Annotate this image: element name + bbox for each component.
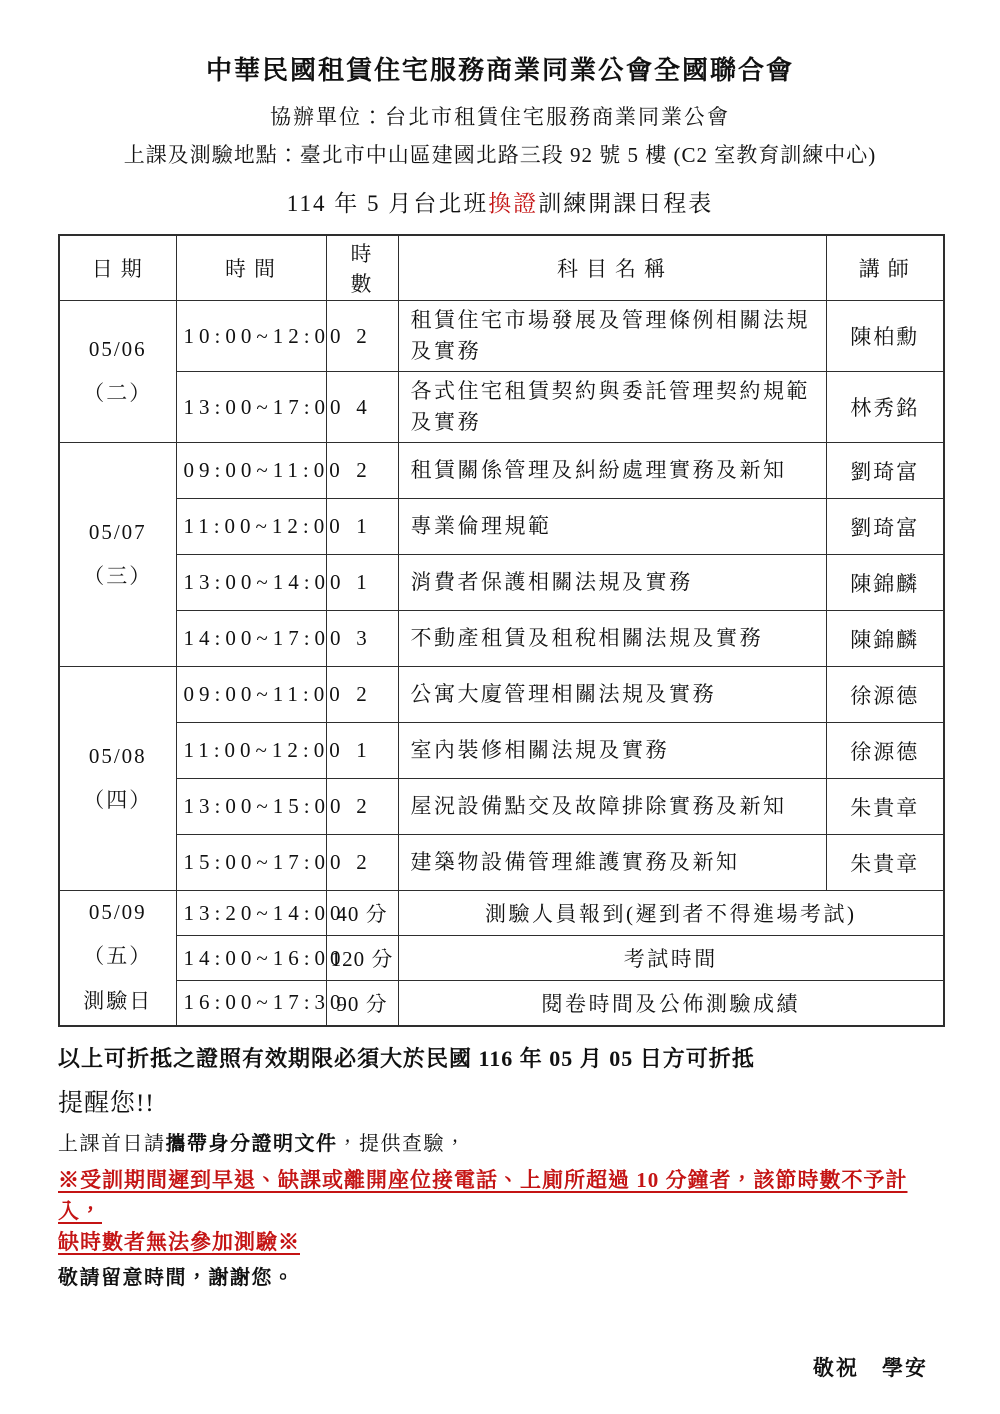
- date-value: 05/06: [89, 337, 147, 362]
- subject-cell: 專業倫理規範: [398, 499, 826, 555]
- subject-cell: 室內裝修相關法規及實務: [398, 723, 826, 779]
- date-label-exam-day: 測驗日: [83, 985, 152, 1015]
- date-cell: 05/09 （五） 測驗日: [59, 891, 176, 1026]
- time-cell: 11:00~12:00: [176, 499, 326, 555]
- exam-activity-cell: 考試時間: [398, 936, 944, 981]
- hours-cell: 120 分: [326, 936, 398, 981]
- id-document-note: 上課首日請攜帶身分證明文件，提供查驗，: [58, 1130, 942, 1158]
- time-cell: 13:00~14:00: [176, 555, 326, 611]
- schedule-table: 日期 時間 時數 科目名稱 講師 05/06 （二） 10:00~12:00 2…: [58, 234, 945, 1027]
- table-row: 14:00~17:00 3 不動產租賃及租稅相關法規及實務 陳錦麟: [59, 611, 944, 667]
- table-row: 05/07 （三） 09:00~11:00 2 租賃關係管理及糾紛處理實務及新知…: [59, 443, 944, 499]
- time-cell: 13:00~17:00: [176, 372, 326, 443]
- date-cell: 05/07 （三）: [59, 443, 176, 667]
- subject-cell: 租賃關係管理及糾紛處理實務及新知: [398, 443, 826, 499]
- notes-section: 以上可折抵之證照有效期限必須大於民國 116 年 05 月 05 日方可折抵 提…: [58, 1044, 942, 1383]
- time-cell: 09:00~11:00: [176, 667, 326, 723]
- id-note-suffix: ，提供查驗，: [338, 1133, 467, 1155]
- id-note-prefix: 上課首日請: [58, 1133, 166, 1155]
- instructor-cell: 陳錦麟: [826, 611, 944, 667]
- time-cell: 15:00~17:00: [176, 835, 326, 891]
- date-stack: 05/06 （二）: [64, 337, 172, 407]
- table-row: 13:00~14:00 1 消費者保護相關法規及實務 陳錦麟: [59, 555, 944, 611]
- date-weekday: （三）: [83, 560, 152, 590]
- attendance-warning: ※受訓期間遲到早退、缺課或離開座位接電話、上廁所超過 10 分鐘者，該節時數不予…: [58, 1165, 942, 1258]
- subject-cell: 租賃住宅市場發展及管理條例相關法規及實務: [398, 301, 826, 372]
- date-stack: 05/09 （五） 測驗日: [64, 900, 172, 1015]
- attention-note: 敬請留意時間，謝謝您。: [58, 1264, 942, 1293]
- subject-cell: 屋況設備點交及故障排除實務及新知: [398, 779, 826, 835]
- time-cell: 09:00~11:00: [176, 443, 326, 499]
- id-note-bold: 攜帶身分證明文件: [166, 1133, 338, 1155]
- subject-cell: 公寓大廈管理相關法規及實務: [398, 667, 826, 723]
- table-row: 13:00~15:00 2 屋況設備點交及故障排除實務及新知 朱貴章: [59, 779, 944, 835]
- attendance-warning-line-1: ※受訓期間遲到早退、缺課或離開座位接電話、上廁所超過 10 分鐘者，該節時數不予…: [58, 1165, 942, 1227]
- date-weekday: （四）: [83, 784, 152, 814]
- instructor-cell: 劉琦富: [826, 499, 944, 555]
- col-header-hours: 時數: [326, 235, 398, 301]
- table-row: 15:00~17:00 2 建築物設備管理維護實務及新知 朱貴章: [59, 835, 944, 891]
- table-row: 14:00~16:00 120 分 考試時間: [59, 936, 944, 981]
- time-cell: 11:00~12:00: [176, 723, 326, 779]
- col-header-date: 日期: [59, 235, 176, 301]
- hours-cell: 40 分: [326, 891, 398, 936]
- schedule-title-highlight: 換證: [488, 191, 538, 216]
- attendance-warning-line-2: 缺時數者無法參加測驗※: [58, 1227, 942, 1258]
- hours-cell: 90 分: [326, 981, 398, 1026]
- date-value: 05/08: [89, 744, 147, 769]
- schedule-title: 114 年 5 月台北班換證訓練開課日程表: [58, 188, 942, 220]
- table-row: 05/09 （五） 測驗日 13:20~14:00 40 分 測驗人員報到(遲到…: [59, 891, 944, 936]
- date-stack: 05/07 （三）: [64, 520, 172, 590]
- instructor-cell: 徐源德: [826, 667, 944, 723]
- instructor-cell: 陳柏勳: [826, 301, 944, 372]
- organization-title: 中華民國租賃住宅服務商業同業公會全國聯合會: [58, 54, 942, 88]
- validity-note: 以上可折抵之證照有效期限必須大於民國 116 年 05 月 05 日方可折抵: [58, 1044, 942, 1074]
- time-cell: 13:00~15:00: [176, 779, 326, 835]
- instructor-cell: 陳錦麟: [826, 555, 944, 611]
- table-row: 05/06 （二） 10:00~12:00 2 租賃住宅市場發展及管理條例相關法…: [59, 301, 944, 372]
- time-cell: 16:00~17:30: [176, 981, 326, 1026]
- time-cell: 14:00~16:00: [176, 936, 326, 981]
- subject-cell: 各式住宅租賃契約與委託管理契約規範及實務: [398, 372, 826, 443]
- table-row: 16:00~17:30 90 分 閱卷時間及公佈測驗成績: [59, 981, 944, 1026]
- table-row: 13:00~17:00 4 各式住宅租賃契約與委託管理契約規範及實務 林秀銘: [59, 372, 944, 443]
- closing-salutation: 敬祝 學安: [58, 1353, 942, 1383]
- co-organizer-line: 協辦單位：台北市租賃住宅服務商業同業公會: [58, 102, 942, 132]
- table-row: 11:00~12:00 1 專業倫理規範 劉琦富: [59, 499, 944, 555]
- time-cell: 13:20~14:00: [176, 891, 326, 936]
- document-page: 中華民國租賃住宅服務商業同業公會全國聯合會 協辦單位：台北市租賃住宅服務商業同業…: [0, 0, 1000, 1383]
- instructor-cell: 徐源德: [826, 723, 944, 779]
- instructor-cell: 朱貴章: [826, 835, 944, 891]
- reminder-title: 提醒您!!: [58, 1087, 942, 1121]
- date-weekday: （二）: [83, 377, 152, 407]
- time-cell: 10:00~12:00: [176, 301, 326, 372]
- table-row: 05/08 （四） 09:00~11:00 2 公寓大廈管理相關法規及實務 徐源…: [59, 667, 944, 723]
- date-weekday: （五）: [83, 940, 152, 970]
- date-cell: 05/06 （二）: [59, 301, 176, 443]
- schedule-title-prefix: 114 年 5 月台北班: [287, 191, 488, 216]
- venue-line: 上課及測驗地點：臺北市中山區建國北路三段 92 號 5 樓 (C2 室教育訓練中…: [58, 140, 942, 170]
- table-header-row: 日期 時間 時數 科目名稱 講師: [59, 235, 944, 301]
- date-value: 05/07: [89, 520, 147, 545]
- date-stack: 05/08 （四）: [64, 744, 172, 814]
- exam-activity-cell: 閱卷時間及公佈測驗成績: [398, 981, 944, 1026]
- subject-cell: 建築物設備管理維護實務及新知: [398, 835, 826, 891]
- col-header-instructor: 講師: [826, 235, 944, 301]
- table-row: 11:00~12:00 1 室內裝修相關法規及實務 徐源德: [59, 723, 944, 779]
- col-header-subject: 科目名稱: [398, 235, 826, 301]
- time-cell: 14:00~17:00: [176, 611, 326, 667]
- instructor-cell: 朱貴章: [826, 779, 944, 835]
- subject-cell: 不動產租賃及租稅相關法規及實務: [398, 611, 826, 667]
- date-value: 05/09: [89, 900, 147, 925]
- subject-cell: 消費者保護相關法規及實務: [398, 555, 826, 611]
- instructor-cell: 林秀銘: [826, 372, 944, 443]
- instructor-cell: 劉琦富: [826, 443, 944, 499]
- date-cell: 05/08 （四）: [59, 667, 176, 891]
- exam-activity-cell: 測驗人員報到(遲到者不得進場考試): [398, 891, 944, 936]
- col-header-time: 時間: [176, 235, 326, 301]
- schedule-title-suffix: 訓練開課日程表: [538, 191, 713, 216]
